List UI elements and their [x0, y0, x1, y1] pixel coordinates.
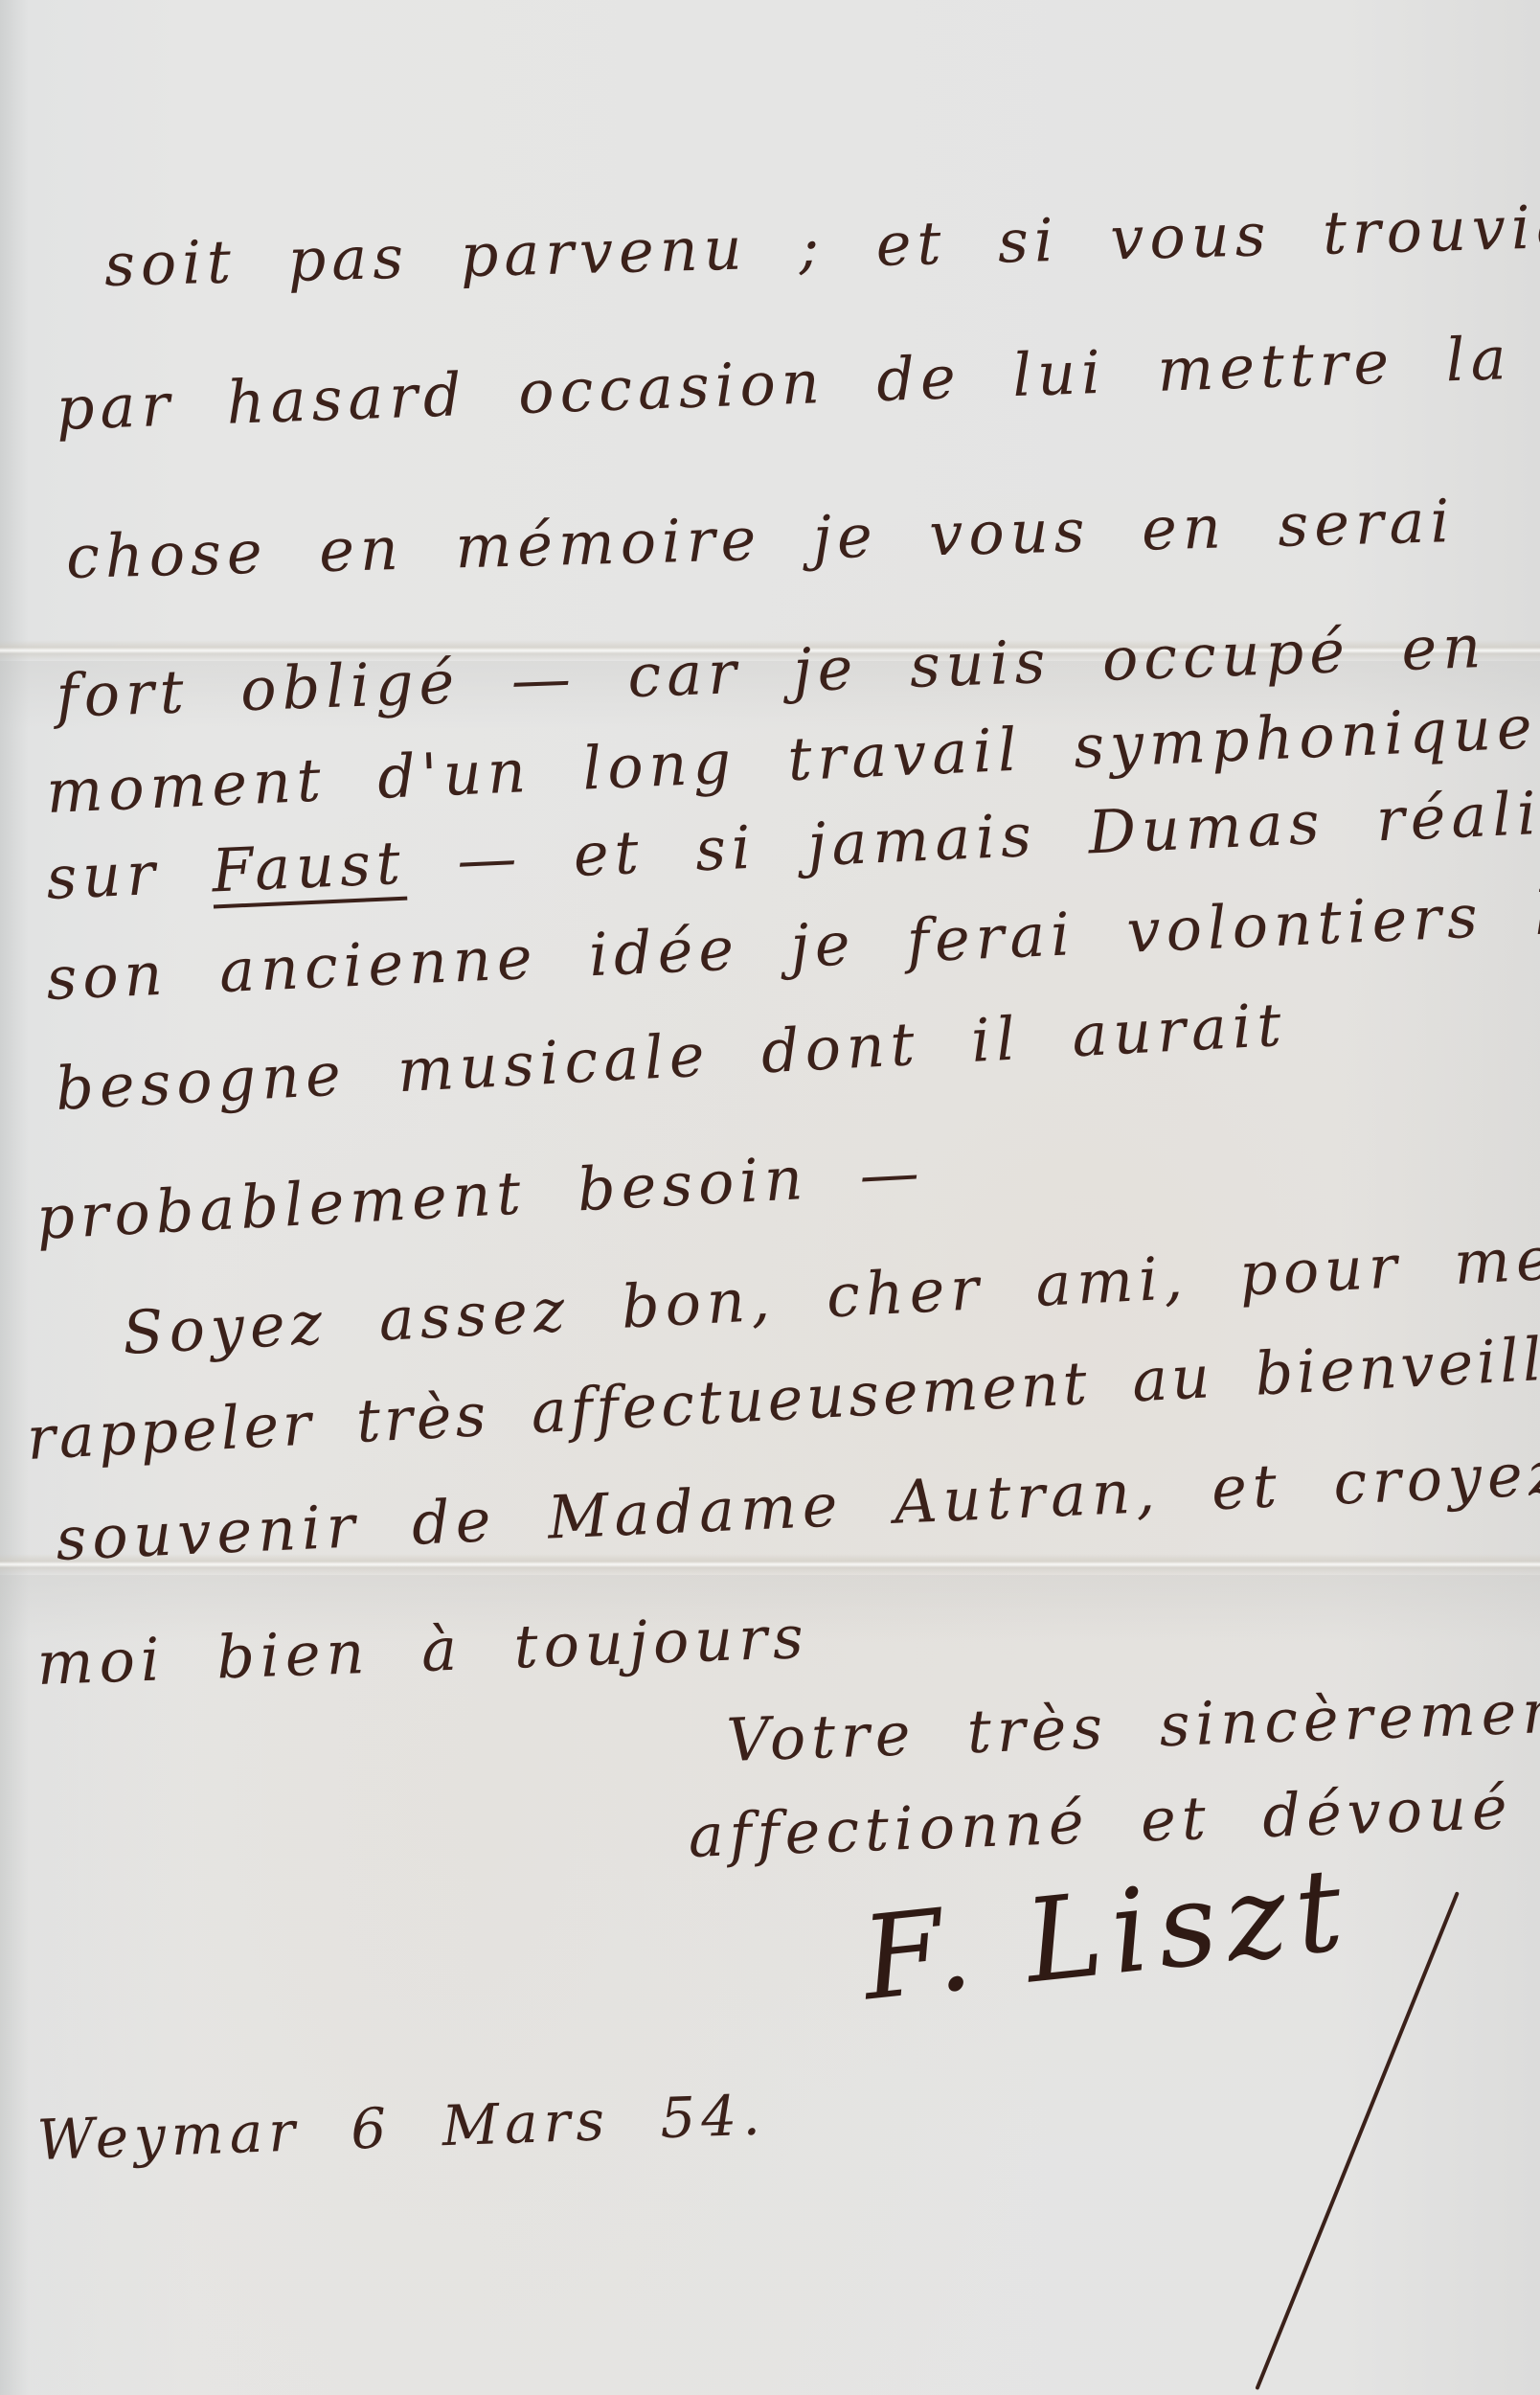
- letter-line-1: soit pas parvenu ; et si vous trouviez: [103, 191, 1540, 300]
- dateline: Weymar 6 Mars 54.: [36, 2082, 767, 2173]
- closing-line-2: affectionné et dévoué: [687, 1772, 1513, 1871]
- underlined-title-faust: Faust: [211, 828, 407, 906]
- letter-page: soit pas parvenu ; et si vous trouviez p…: [0, 0, 1540, 2395]
- letter-line-9: probablement besoin —: [34, 1137, 926, 1253]
- word-sur: sur: [45, 838, 162, 913]
- closing-line-1: Votre très sincèrement: [725, 1675, 1540, 1775]
- letter-line-2: par hasard occasion de lui mettre la: [55, 323, 1512, 444]
- signature: F. Liszt: [856, 1843, 1358, 2027]
- letter-line-3: chose en mémoire je vous en serai: [65, 486, 1456, 592]
- letter-line-8: besogne musicale dont il aurait: [54, 990, 1288, 1124]
